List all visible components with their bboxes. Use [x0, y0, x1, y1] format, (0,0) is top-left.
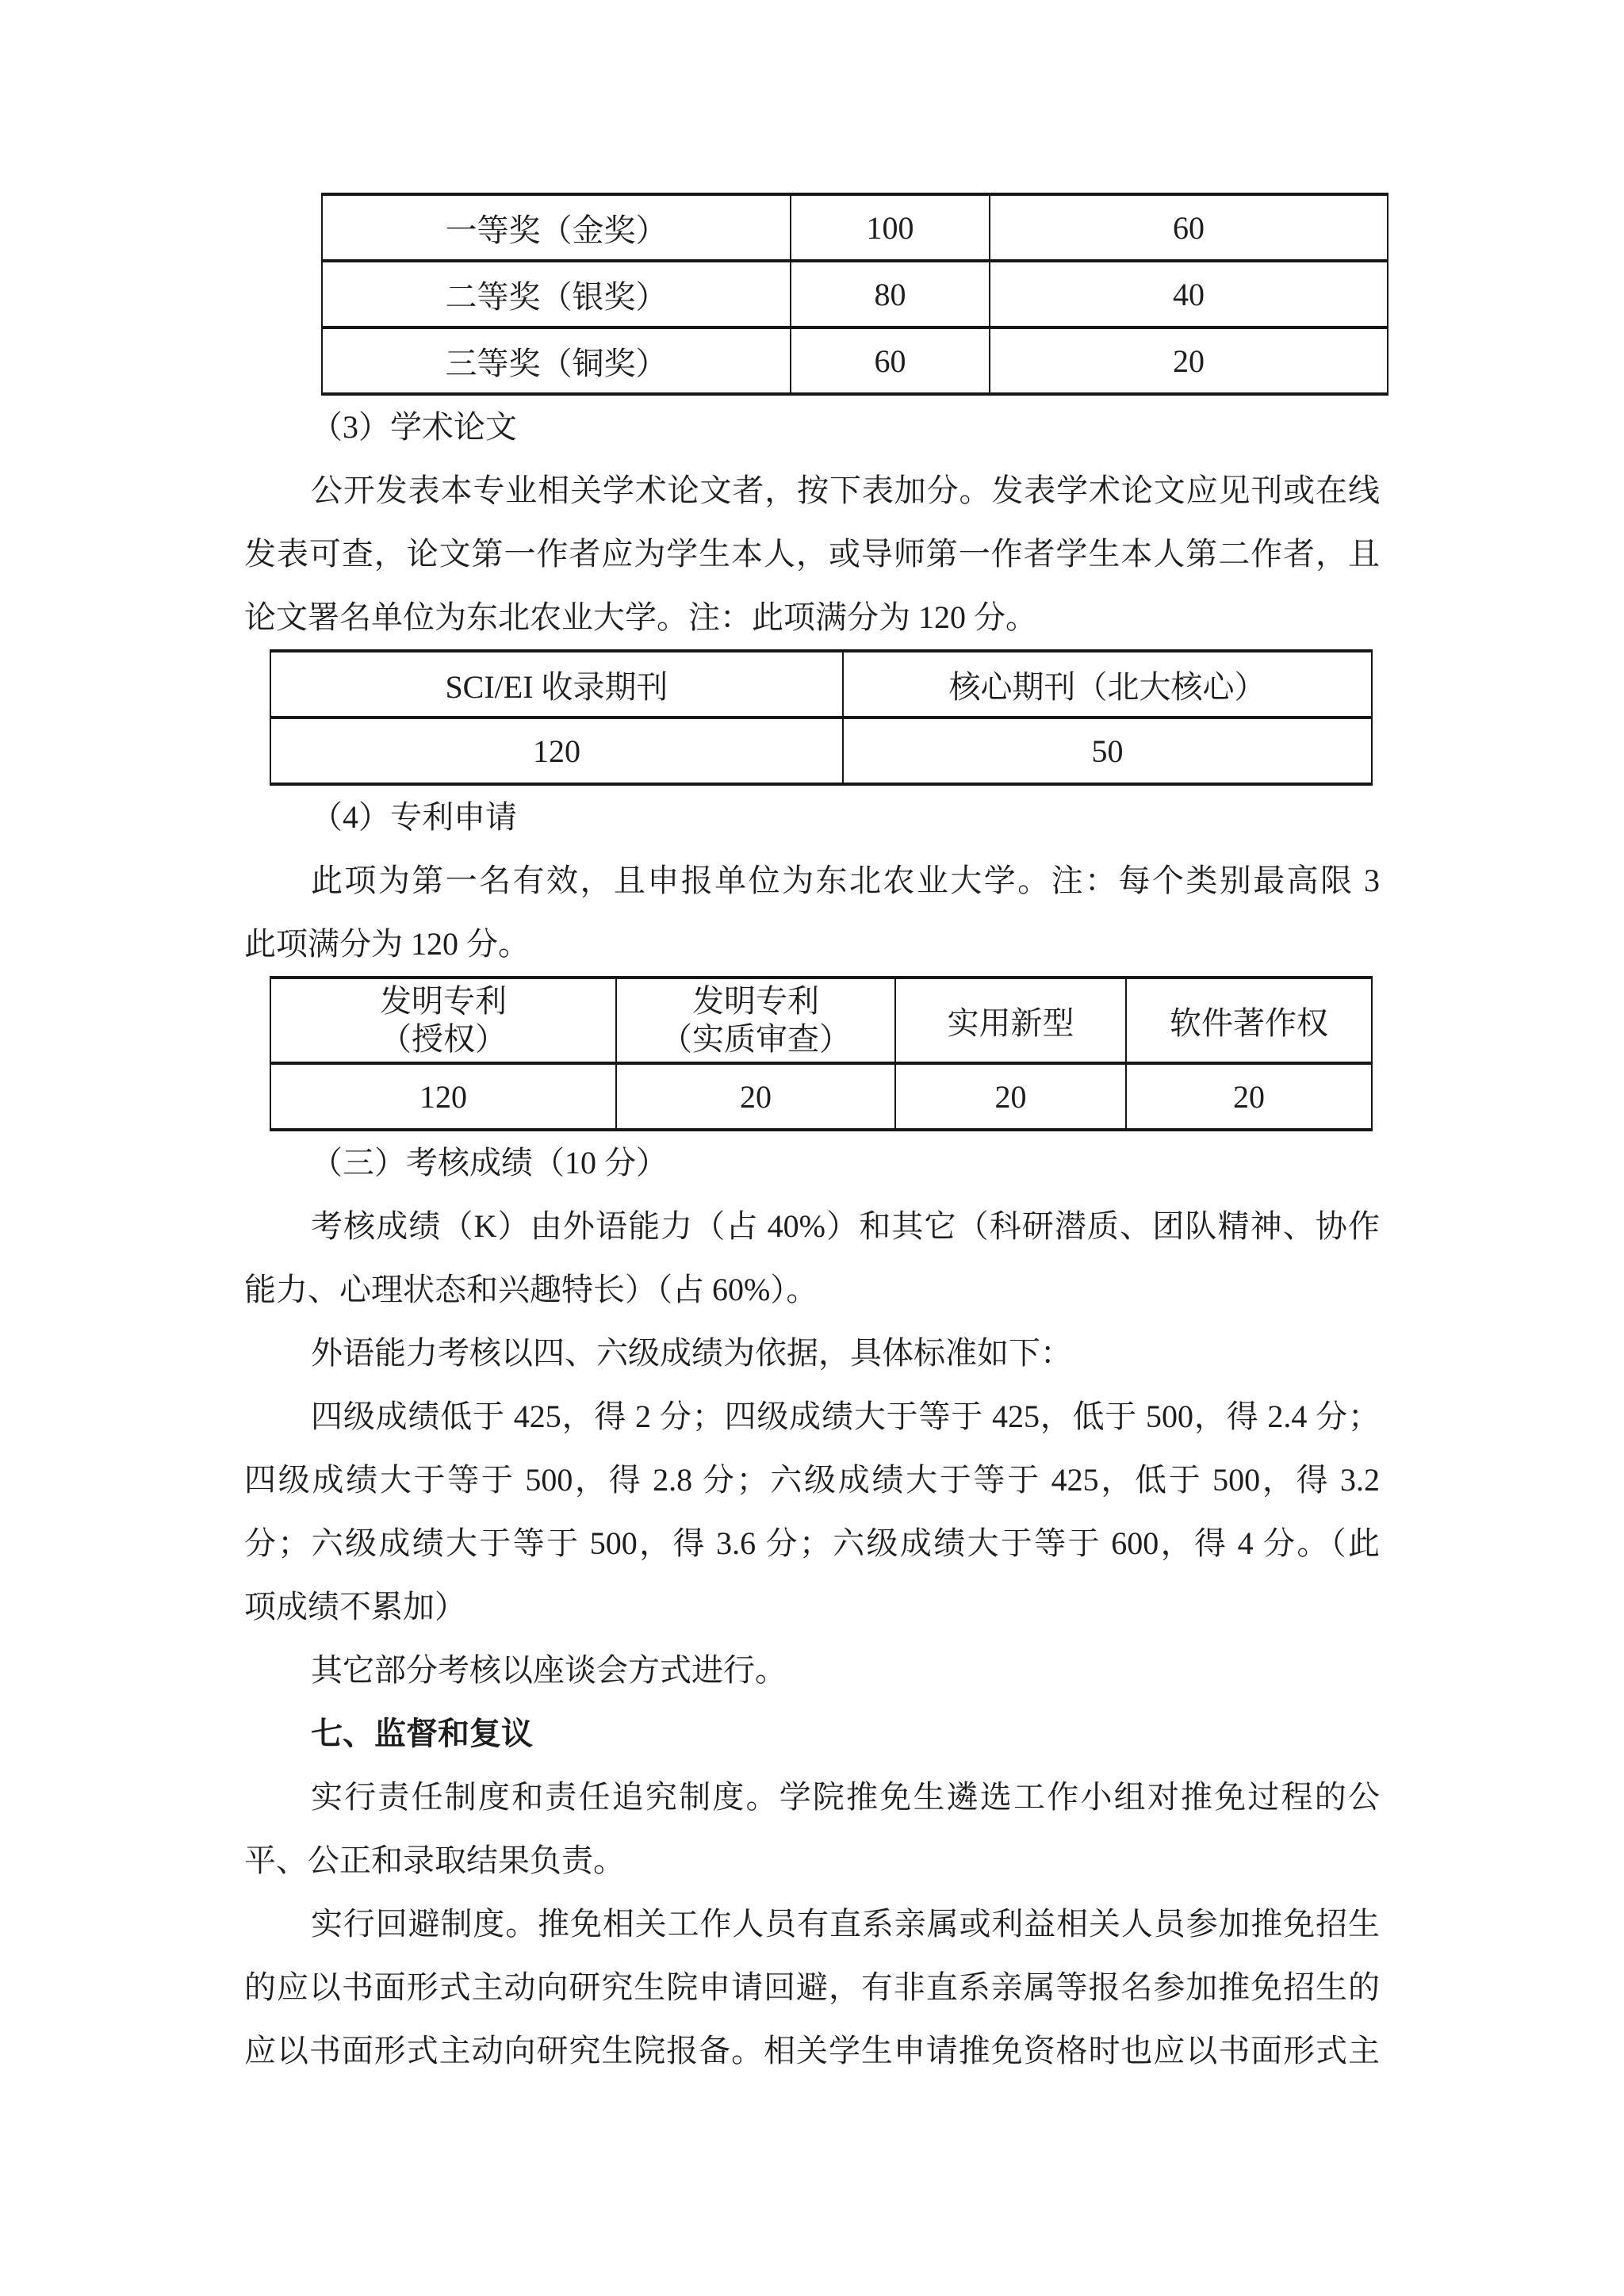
- subsection-heading-patent-application: （4）专利申请: [244, 786, 1380, 849]
- subsection-heading-assessment-score: （三）考核成绩（10 分）: [244, 1131, 1380, 1195]
- page-content: 一等奖（金奖） 100 60 二等奖（银奖） 80 40 三等奖（铜奖） 60 …: [0, 0, 1380, 2083]
- text-line: 应以书面形式主动向研究生院报备。相关学生申请推免资格时也应以书面形式主: [244, 2019, 1380, 2083]
- table-row: 三等奖（铜奖） 60 20: [322, 327, 1388, 394]
- text-line: 能力、心理状态和兴趣特长）（占 60%）。: [244, 1258, 1380, 1322]
- table-row: 120 20 20 20: [270, 1063, 1372, 1130]
- text-line: 考核成绩（K）由外语能力（占 40%）和其它（科研潜质、团队精神、协作: [244, 1195, 1380, 1258]
- table-cell: SCI/EI 收录期刊: [270, 651, 843, 717]
- award-points-table: 一等奖（金奖） 100 60 二等奖（银奖） 80 40 三等奖（铜奖） 60 …: [321, 193, 1388, 396]
- text-line: 公开发表本专业相关学术论文者，按下表加分。发表学术论文应见刊或在线: [244, 459, 1380, 522]
- table-cell: 二等奖（银奖）: [322, 261, 791, 327]
- text-line: 其它部分考核以座谈会方式进行。: [244, 1639, 1380, 1702]
- text-line: 论文署名单位为东北农业大学。注：此项满分为 120 分。: [244, 586, 1380, 649]
- table-cell-line: （授权）: [271, 1020, 615, 1058]
- text-line: 此项为第一名有效，且申报单位为东北农业大学。注：每个类别最高限 3 项，: [244, 849, 1380, 913]
- document-page: 一等奖（金奖） 100 60 二等奖（银奖） 80 40 三等奖（铜奖） 60 …: [0, 0, 1624, 2296]
- subsection-heading-academic-papers: （3）学术论文: [244, 396, 1380, 459]
- table-row: 发明专利 （授权） 发明专利 （实质审查） 实用新型 软件著作权: [270, 978, 1372, 1063]
- table-cell: 20: [990, 327, 1388, 394]
- table-cell-line: 发明专利: [617, 982, 894, 1020]
- table-row: 120 50: [270, 717, 1372, 784]
- table-row: 一等奖（金奖） 100 60: [322, 194, 1388, 261]
- table-cell: 80: [791, 261, 990, 327]
- table-cell: 120: [270, 717, 843, 784]
- table-cell: 20: [616, 1063, 895, 1130]
- table-row: 二等奖（银奖） 80 40: [322, 261, 1388, 327]
- text-line: 项成绩不累加）: [244, 1575, 1380, 1639]
- table-cell: 发明专利 （实质审查）: [616, 978, 895, 1063]
- text-line: 的应以书面形式主动向研究生院申请回避，有非直系亲属等报名参加推免招生的: [244, 1956, 1380, 2019]
- table-cell: 40: [990, 261, 1388, 327]
- text-line: 平、公正和录取结果负责。: [244, 1829, 1380, 1892]
- text-line: 外语能力考核以四、六级成绩为依据，具体标准如下：: [244, 1322, 1380, 1385]
- table-cell: 核心期刊（北大核心）: [843, 651, 1372, 717]
- table-row: SCI/EI 收录期刊 核心期刊（北大核心）: [270, 651, 1372, 717]
- table-cell: 软件著作权: [1126, 978, 1372, 1063]
- text-line: 此项满分为 120 分。: [244, 913, 1380, 976]
- table-cell: 60: [791, 327, 990, 394]
- table-cell: 20: [1126, 1063, 1372, 1130]
- table-cell: 50: [843, 717, 1372, 784]
- table-cell: 60: [990, 194, 1388, 261]
- text-line: 实行责任制度和责任追究制度。学院推免生遴选工作小组对推免过程的公: [244, 1766, 1380, 1829]
- text-line: 四级成绩大于等于 500，得 2.8 分；六级成绩大于等于 425，低于 500…: [244, 1448, 1380, 1512]
- text-line: 发表可查，论文第一作者应为学生本人，或导师第一作者学生本人第二作者，且: [244, 522, 1380, 586]
- table-cell: 实用新型: [895, 978, 1126, 1063]
- table-cell-line: （实质审查）: [617, 1020, 894, 1058]
- section-heading-supervision-review: 七、监督和复议: [244, 1702, 1380, 1766]
- table-cell-line: 发明专利: [271, 982, 615, 1020]
- text-line: 实行回避制度。推免相关工作人员有直系亲属或利益相关人员参加推免招生: [244, 1892, 1380, 1956]
- paper-points-table: SCI/EI 收录期刊 核心期刊（北大核心） 120 50: [270, 649, 1373, 786]
- table-cell: 20: [895, 1063, 1126, 1130]
- table-cell: 100: [791, 194, 990, 261]
- table-cell: 一等奖（金奖）: [322, 194, 791, 261]
- text-line: 分；六级成绩大于等于 500，得 3.6 分；六级成绩大于等于 600，得 4 …: [244, 1512, 1380, 1575]
- text-line: 四级成绩低于 425，得 2 分；四级成绩大于等于 425，低于 500，得 2…: [244, 1385, 1380, 1448]
- table-cell: 发明专利 （授权）: [270, 978, 616, 1063]
- table-cell: 120: [270, 1063, 616, 1130]
- table-cell: 三等奖（铜奖）: [322, 327, 791, 394]
- patent-points-table: 发明专利 （授权） 发明专利 （实质审查） 实用新型 软件著作权 120 20 …: [270, 976, 1373, 1131]
